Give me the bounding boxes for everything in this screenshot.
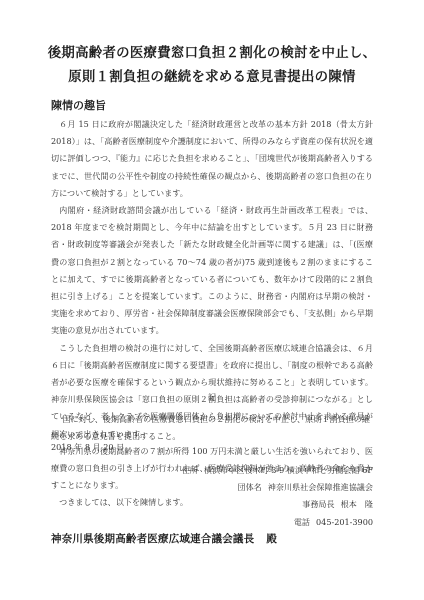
sender-org-row: 団体名神奈川県社会保障推進協議会: [182, 479, 373, 496]
document-title-line1: 後期高齢者の医療費窓口負担２割化の検討を中止し、: [0, 42, 424, 61]
sender-phone-row: 電話045-201-3900: [182, 514, 373, 531]
person-name: 根本 隆: [341, 499, 373, 509]
sender-block: 住所横浜市中区桜木町 3-9 横浜平和と労働会館 6F 団体名神奈川県社会保障推…: [182, 462, 373, 531]
paragraph: 内閣府・経済財政諮問会議が出している「経済・財政再生計画改革工程表」では、201…: [51, 202, 373, 340]
document-date: 2018 年 8 月 20 日: [51, 442, 124, 453]
document-title-line2: 原則１割負担の継続を求める意見書提出の陳情: [0, 66, 424, 85]
org-value: 神奈川県社会保障推進協議会: [268, 482, 373, 492]
role-label: 事務局長: [302, 499, 334, 509]
ki-label: 記: [0, 392, 424, 403]
request-text: 国に対し、後期高齢者の医療費窓口負担の２割化の検討を中止し、原則１割負担の継続を…: [51, 411, 373, 445]
phone-value: 045-201-3900: [316, 517, 373, 527]
recipient: 神奈川県後期高齢者医療広域連合議会議長殿: [51, 531, 277, 546]
address-value: 横浜市中区桜木町 3-9 横浜平和と労働会館 6F: [204, 465, 373, 475]
sender-address-row: 住所横浜市中区桜木町 3-9 横浜平和と労働会館 6F: [182, 462, 373, 479]
request-section: 国に対し、後期高齢者の医療費窓口負担の２割化の検討を中止し、原則１割負担の継続を…: [51, 411, 373, 445]
petition-document: 後期高齢者の医療費窓口負担２割化の検討を中止し、 原則１割負担の継続を求める意見…: [0, 0, 424, 600]
recipient-name: 神奈川県後期高齢者医療広域連合議会議長: [51, 533, 254, 545]
sender-person-row: 事務局長根本 隆: [182, 496, 373, 513]
section-heading: 陳情の趣旨: [51, 97, 106, 113]
org-label: 団体名: [237, 482, 261, 492]
phone-label: 電話: [294, 517, 310, 527]
address-label: 住所: [182, 465, 198, 475]
paragraph: ６月 15 日に政府が閣議決定した「経済財政運営と改革の基本方針 2018（骨太…: [51, 116, 373, 202]
recipient-honorific: 殿: [266, 533, 277, 545]
